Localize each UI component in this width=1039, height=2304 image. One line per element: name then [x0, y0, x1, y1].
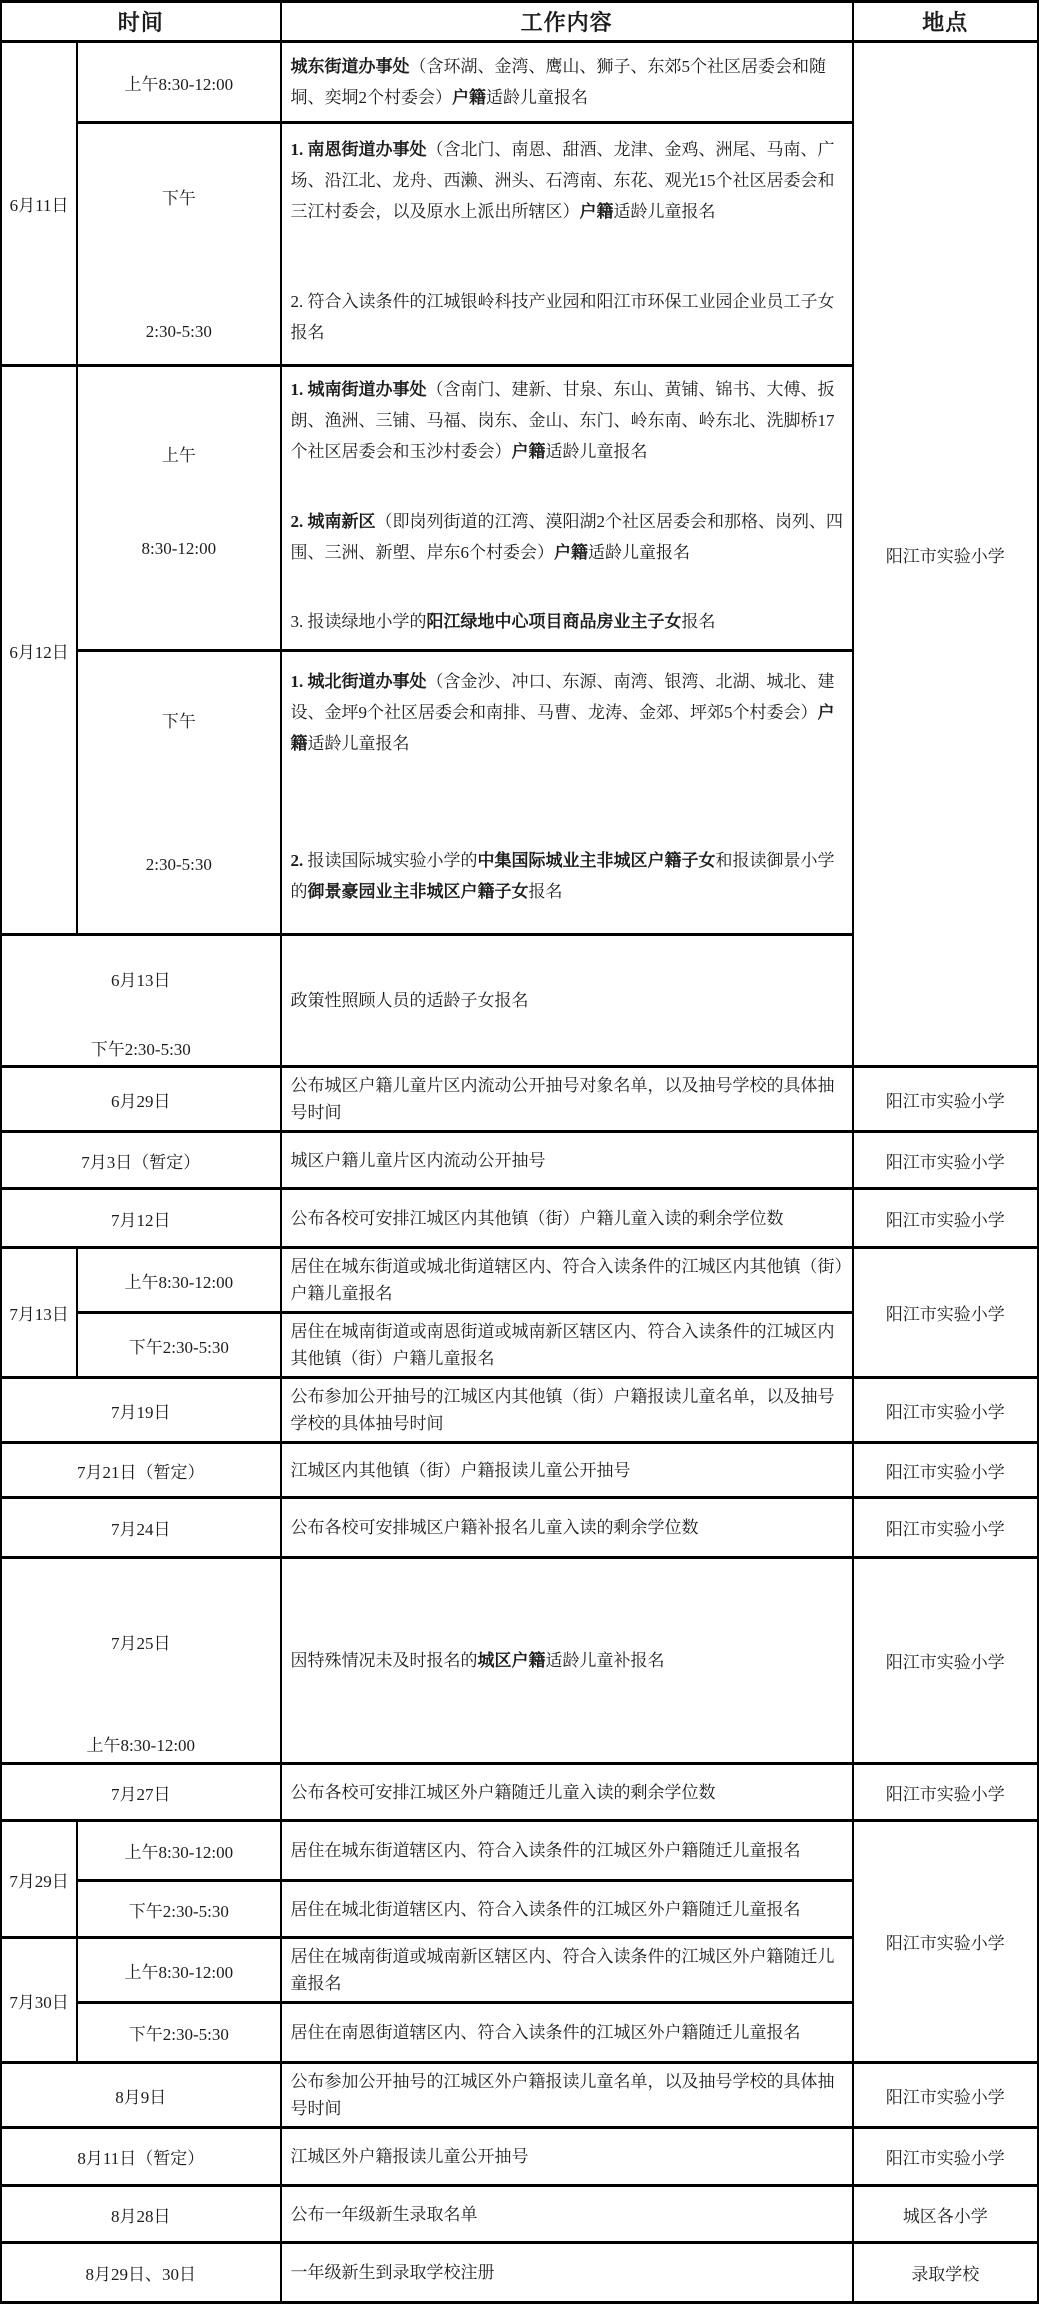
time-cell-713am: 上午8:30-12:00 — [77, 1248, 280, 1313]
time-cell-611pm: 下午 2:30-5:30 — [77, 123, 280, 366]
content-paragraph: 政策性照顾人员的适龄子女报名 — [291, 987, 844, 1014]
date-cell-721: 7月21日（暂定） — [1, 1443, 281, 1498]
content-cell-82930: 一年级新生到录取学校注册 — [281, 2243, 853, 2303]
content-cell-703: 城区户籍儿童片区内流动公开抽号 — [281, 1132, 853, 1189]
time-range-label: 2:30-5:30 — [146, 322, 212, 342]
date-cell-703: 7月3日（暂定） — [1, 1132, 281, 1189]
row-703: 7月3日（暂定） 城区户籍儿童片区内流动公开抽号 阳江市实验小学 — [1, 1132, 1038, 1189]
content-paragraph: 居住在城东街道辖区内、符合入读条件的江城区外户籍随迁儿童报名 — [291, 1837, 844, 1864]
date-cell-719: 7月19日 — [1, 1378, 281, 1443]
location-cell-719: 阳江市实验小学 — [853, 1378, 1038, 1443]
time-cell-612am: 上午 8:30-12:00 — [77, 366, 280, 651]
content-paragraph: 公布各校可安排江城区外户籍随迁儿童入读的剩余学位数 — [291, 1779, 844, 1806]
time-cell-611am: 上午8:30-12:00 — [77, 42, 280, 123]
row-713am: 7月13日 上午8:30-12:00 居住在城东街道或城北街道辖区内、符合入读条… — [1, 1248, 1038, 1313]
row-811: 8月11日（暂定） 江城区外户籍报读儿童公开抽号 阳江市实验小学 — [1, 2128, 1038, 2186]
row-727: 7月27日 公布各校可安排江城区外户籍随迁儿童入读的剩余学位数 阳江市实验小学 — [1, 1764, 1038, 1821]
content-paragraph: 公布参加公开抽号的江城区外户籍报读儿童名单，以及抽号学校的具体抽号时间 — [291, 2068, 844, 2122]
location-cell-727: 阳江市实验小学 — [853, 1764, 1038, 1821]
content-paragraph: 公布一年级新生录取名单 — [291, 2201, 844, 2228]
content-paragraph: 公布城区户籍儿童片区内流动公开抽号对象名单，以及抽号学校的具体抽号时间 — [291, 1072, 844, 1126]
content-paragraph: 城区户籍儿童片区内流动公开抽号 — [291, 1147, 844, 1174]
location-cell-729-730: 阳江市实验小学 — [853, 1821, 1038, 2063]
location-cell-611-613: 阳江市实验小学 — [853, 42, 1038, 1067]
content-cell-727: 公布各校可安排江城区外户籍随迁儿童入读的剩余学位数 — [281, 1764, 853, 1821]
content-paragraph: 城东街道办事处（含环湖、金湾、鹰山、狮子、东郊5个社区居委会和随垌、奕垌2个村委… — [291, 51, 844, 113]
content-paragraph: 3. 报读绿地小学的阳江绿地中心项目商品房业主子女报名 — [291, 606, 844, 637]
location-cell-811: 阳江市实验小学 — [853, 2128, 1038, 2186]
row-729am: 7月29日 上午8:30-12:00 居住在城东街道辖区内、符合入读条件的江城区… — [1, 1821, 1038, 1881]
time-label: 上午8:30-12:00 — [86, 1731, 195, 1756]
content-paragraph: 江城区内其他镇（街）户籍报读儿童公开抽号 — [291, 1457, 844, 1484]
time-cell-729am: 上午8:30-12:00 — [77, 1821, 280, 1881]
time-cell-729pm: 下午2:30-5:30 — [77, 1881, 280, 1938]
header-content: 工作内容 — [281, 2, 853, 42]
header-location: 地点 — [853, 2, 1038, 42]
content-cell-713pm: 居住在城南街道或南恩街道或城南新区辖区内、符合入读条件的江城区内其他镇（街）户籍… — [281, 1313, 853, 1378]
content-paragraph: 2. 符合入读条件的江城银岭科技产业园和阳江市环保工业园企业员工子女报名 — [291, 286, 844, 348]
content-paragraph: 公布参加公开抽号的江城区内其他镇（街）户籍报读儿童名单，以及抽号学校的具体抽号时… — [291, 1383, 844, 1437]
location-cell-713: 阳江市实验小学 — [853, 1248, 1038, 1378]
content-cell-721: 江城区内其他镇（街）户籍报读儿童公开抽号 — [281, 1443, 853, 1498]
date-cell-712: 7月12日 — [1, 1189, 281, 1248]
content-cell-612am: 1. 城南街道办事处（含南门、建新、甘泉、东山、黄铺、锦书、大傅、扳朗、渔洲、三… — [281, 366, 853, 651]
date-label: 7月25日 — [111, 1629, 171, 1654]
content-cell-612pm: 1. 城北街道办事处（含金沙、冲口、东源、南湾、银湾、北湖、城北、建设、金坪9个… — [281, 651, 853, 935]
date-cell-727: 7月27日 — [1, 1764, 281, 1821]
content-paragraph: 居住在城南街道或南恩街道或城南新区辖区内、符合入读条件的江城区内其他镇（街）户籍… — [291, 1318, 844, 1372]
date-label: 6月13日 — [111, 966, 171, 991]
content-cell-730am: 居住在城南街道或城南新区辖区内、符合入读条件的江城区外户籍随迁儿童报名 — [281, 1938, 853, 2003]
location-cell-828: 城区各小学 — [853, 2186, 1038, 2243]
content-paragraph: 公布各校可安排城区户籍补报名儿童入读的剩余学位数 — [291, 1514, 844, 1541]
date-cell-612: 6月12日 — [1, 366, 77, 935]
content-cell-713am: 居住在城东街道或城北街道辖区内、符合入读条件的江城区内其他镇（街）户籍儿童报名 — [281, 1248, 853, 1313]
datetime-cell-613: 6月13日 下午2:30-5:30 — [1, 935, 281, 1067]
time-period-label: 下午 — [162, 184, 196, 209]
date-cell-724: 7月24日 — [1, 1498, 281, 1558]
content-paragraph: 居住在城北街道辖区内、符合入读条件的江城区外户籍随迁儿童报名 — [291, 1896, 844, 1923]
date-cell-809: 8月9日 — [1, 2063, 281, 2128]
date-cell-611: 6月11日 — [1, 42, 77, 366]
location-cell-629: 阳江市实验小学 — [853, 1067, 1038, 1132]
location-cell-724: 阳江市实验小学 — [853, 1498, 1038, 1558]
content-cell-724: 公布各校可安排城区户籍补报名儿童入读的剩余学位数 — [281, 1498, 853, 1558]
content-cell-725: 因特殊情况未及时报名的城区户籍适龄儿童补报名 — [281, 1558, 853, 1764]
time-cell-713pm: 下午2:30-5:30 — [77, 1313, 280, 1378]
header-row: 时间 工作内容 地点 — [1, 2, 1038, 42]
date-cell-730: 7月30日 — [1, 1938, 77, 2063]
content-cell-809: 公布参加公开抽号的江城区外户籍报读儿童名单，以及抽号学校的具体抽号时间 — [281, 2063, 853, 2128]
row-809: 8月9日 公布参加公开抽号的江城区外户籍报读儿童名单，以及抽号学校的具体抽号时间… — [1, 2063, 1038, 2128]
location-cell-725: 阳江市实验小学 — [853, 1558, 1038, 1764]
row-828: 8月28日 公布一年级新生录取名单 城区各小学 — [1, 2186, 1038, 2243]
content-cell-729am: 居住在城东街道辖区内、符合入读条件的江城区外户籍随迁儿童报名 — [281, 1821, 853, 1881]
row-82930: 8月29日、30日 一年级新生到录取学校注册 录取学校 — [1, 2243, 1038, 2303]
date-cell-82930: 8月29日、30日 — [1, 2243, 281, 2303]
content-paragraph: 居住在南恩街道辖区内、符合入读条件的江城区外户籍随迁儿童报名 — [291, 2019, 844, 2046]
content-paragraph: 公布各校可安排江城区内其他镇（街）户籍儿童入读的剩余学位数 — [291, 1205, 844, 1232]
content-paragraph: 2. 城南新区（即岗列街道的江湾、漠阳湖2个社区居委会和那格、岗列、四围、三洲、… — [291, 506, 844, 568]
time-cell-730am: 上午8:30-12:00 — [77, 1938, 280, 2003]
row-725: 7月25日 上午8:30-12:00 因特殊情况未及时报名的城区户籍适龄儿童补报… — [1, 1558, 1038, 1764]
location-cell-712: 阳江市实验小学 — [853, 1189, 1038, 1248]
time-cell-730pm: 下午2:30-5:30 — [77, 2003, 280, 2063]
content-paragraph: 2. 报读国际城实验小学的中集国际城业主非城区户籍子女和报读御景小学的御景豪园业… — [291, 845, 844, 907]
time-range-label: 2:30-5:30 — [146, 855, 212, 875]
content-paragraph: 1. 南恩街道办事处（含北门、南恩、甜酒、龙津、金鸡、洲尾、马南、广场、沿江北、… — [291, 134, 844, 227]
content-paragraph: 江城区外户籍报读儿童公开抽号 — [291, 2143, 844, 2170]
content-cell-811: 江城区外户籍报读儿童公开抽号 — [281, 2128, 853, 2186]
content-paragraph: 居住在城南街道或城南新区辖区内、符合入读条件的江城区外户籍随迁儿童报名 — [291, 1943, 844, 1997]
date-cell-828: 8月28日 — [1, 2186, 281, 2243]
location-cell-82930: 录取学校 — [853, 2243, 1038, 2303]
content-paragraph: 一年级新生到录取学校注册 — [291, 2259, 844, 2286]
content-cell-712: 公布各校可安排江城区内其他镇（街）户籍儿童入读的剩余学位数 — [281, 1189, 853, 1248]
header-time: 时间 — [1, 2, 281, 42]
row-629: 6月29日 公布城区户籍儿童片区内流动公开抽号对象名单，以及抽号学校的具体抽号时… — [1, 1067, 1038, 1132]
time-period-label: 下午 — [162, 707, 196, 732]
row-721: 7月21日（暂定） 江城区内其他镇（街）户籍报读儿童公开抽号 阳江市实验小学 — [1, 1443, 1038, 1498]
date-cell-729: 7月29日 — [1, 1821, 77, 1938]
content-cell-719: 公布参加公开抽号的江城区内其他镇（街）户籍报读儿童名单，以及抽号学校的具体抽号时… — [281, 1378, 853, 1443]
location-cell-721: 阳江市实验小学 — [853, 1443, 1038, 1498]
date-cell-713: 7月13日 — [1, 1248, 77, 1378]
content-cell-611am: 城东街道办事处（含环湖、金湾、鹰山、狮子、东郊5个社区居委会和随垌、奕垌2个村委… — [281, 42, 853, 123]
row-611am: 6月11日 上午8:30-12:00 城东街道办事处（含环湖、金湾、鹰山、狮子、… — [1, 42, 1038, 123]
content-cell-611pm: 1. 南恩街道办事处（含北门、南恩、甜酒、龙津、金鸡、洲尾、马南、广场、沿江北、… — [281, 123, 853, 366]
content-paragraph: 1. 城南街道办事处（含南门、建新、甘泉、东山、黄铺、锦书、大傅、扳朗、渔洲、三… — [291, 374, 844, 467]
content-cell-730pm: 居住在南恩街道辖区内、符合入读条件的江城区外户籍随迁儿童报名 — [281, 2003, 853, 2063]
content-paragraph: 1. 城北街道办事处（含金沙、冲口、东源、南湾、银湾、北湖、城北、建设、金坪9个… — [291, 666, 844, 759]
row-719: 7月19日 公布参加公开抽号的江城区内其他镇（街）户籍报读儿童名单，以及抽号学校… — [1, 1378, 1038, 1443]
time-label: 下午2:30-5:30 — [91, 1035, 191, 1060]
content-paragraph: 居住在城东街道或城北街道辖区内、符合入读条件的江城区内其他镇（街）户籍儿童报名 — [291, 1253, 844, 1307]
schedule-table: 时间 工作内容 地点 6月11日 上午8:30-12:00 城东街道办事处（含环… — [0, 0, 1039, 2304]
location-cell-703: 阳江市实验小学 — [853, 1132, 1038, 1189]
location-cell-809: 阳江市实验小学 — [853, 2063, 1038, 2128]
time-period-label: 上午 — [162, 441, 196, 466]
content-paragraph: 因特殊情况未及时报名的城区户籍适龄儿童补报名 — [291, 1647, 844, 1674]
row-712: 7月12日 公布各校可安排江城区内其他镇（街）户籍儿童入读的剩余学位数 阳江市实… — [1, 1189, 1038, 1248]
content-cell-828: 公布一年级新生录取名单 — [281, 2186, 853, 2243]
time-cell-612pm: 下午 2:30-5:30 — [77, 651, 280, 935]
time-range-label: 8:30-12:00 — [142, 539, 217, 559]
content-cell-613: 政策性照顾人员的适龄子女报名 — [281, 935, 853, 1067]
date-cell-629: 6月29日 — [1, 1067, 281, 1132]
content-cell-729pm: 居住在城北街道辖区内、符合入读条件的江城区外户籍随迁儿童报名 — [281, 1881, 853, 1938]
content-cell-629: 公布城区户籍儿童片区内流动公开抽号对象名单，以及抽号学校的具体抽号时间 — [281, 1067, 853, 1132]
row-724: 7月24日 公布各校可安排城区户籍补报名儿童入读的剩余学位数 阳江市实验小学 — [1, 1498, 1038, 1558]
date-cell-811: 8月11日（暂定） — [1, 2128, 281, 2186]
datetime-cell-725: 7月25日 上午8:30-12:00 — [1, 1558, 281, 1764]
